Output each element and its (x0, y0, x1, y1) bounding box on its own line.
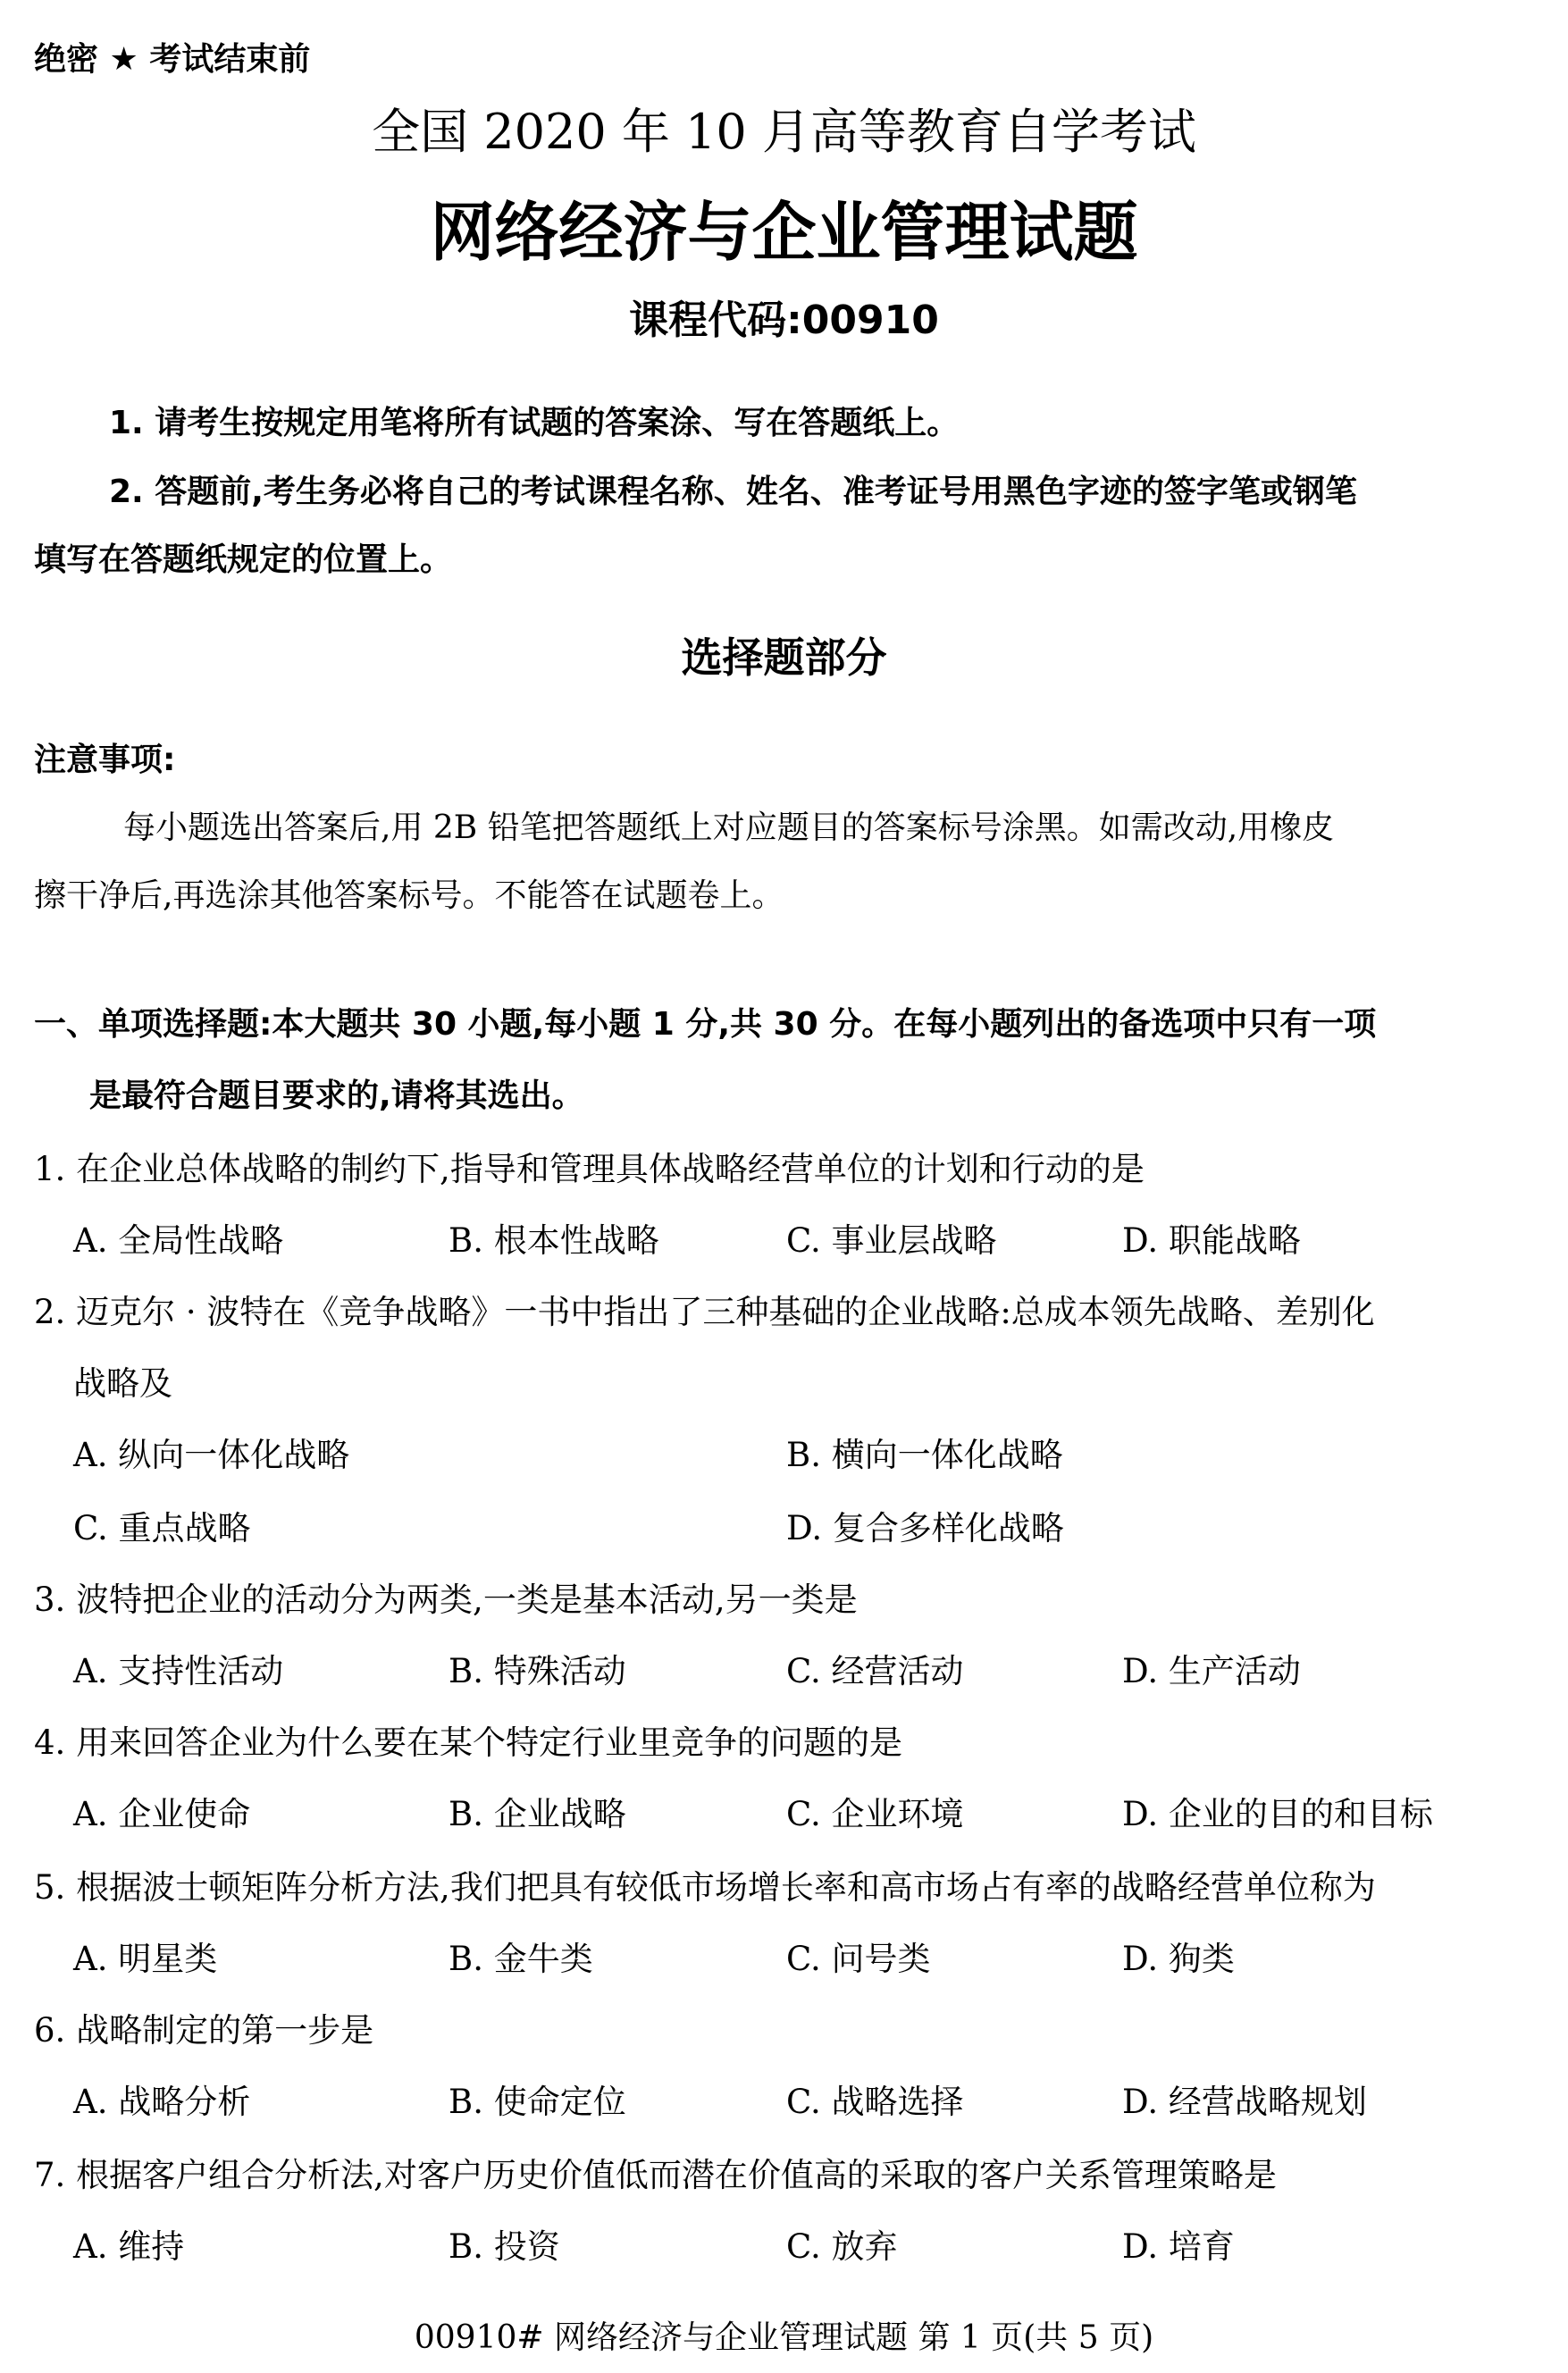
q6-option-a: A. 战略分析 (73, 2075, 250, 2123)
question-3-stem: 3. 波特把企业的活动分为两类,一类是基本活动,另一类是 (34, 1572, 858, 1621)
q5-option-b: B. 金牛类 (449, 1932, 593, 1980)
q3-option-c: C. 经营活动 (786, 1644, 964, 1692)
course-code: 课程代码:00910 (0, 288, 1568, 345)
q7-option-c: C. 放弃 (786, 2219, 898, 2268)
q6-option-d: D. 经营战略规划 (1122, 2075, 1367, 2123)
question-2-stem-cont: 战略及 (73, 1356, 172, 1405)
q2-option-b: B. 横向一体化战略 (786, 1428, 1063, 1476)
q7-option-b: B. 投资 (449, 2219, 560, 2268)
instruction-1: 1. 请考生按规定用笔将所有试题的答案涂、写在答题纸上。 (109, 398, 959, 443)
notice-line-2: 擦干净后,再选涂其他答案标号。不能答在试题卷上。 (34, 870, 784, 916)
q6-option-c: C. 战略选择 (786, 2075, 964, 2123)
q1-option-d: D. 职能战略 (1122, 1213, 1301, 1262)
question-5-stem: 5. 根据波士顿矩阵分析方法,我们把具有较低市场增长率和高市场占有率的战略经营单… (34, 1860, 1376, 1908)
q3-option-a: A. 支持性活动 (73, 1644, 283, 1692)
notice-line-1: 每小题选出答案后,用 2B 铅笔把答题纸上对应题目的答案标号涂黑。如需改动,用橡… (123, 802, 1334, 848)
question-4-stem: 4. 用来回答企业为什么要在某个特定行业里竞争的问题的是 (34, 1715, 902, 1764)
q4-option-b: B. 企业战略 (449, 1787, 626, 1835)
q3-option-d: D. 生产活动 (1122, 1644, 1301, 1692)
part-one-heading: 一、单项选择题:本大题共 30 小题,每小题 1 分,共 30 分。在每小题列出… (34, 999, 1376, 1044)
q2-option-a: A. 纵向一体化战略 (73, 1428, 349, 1476)
paper-title: 网络经济与企业管理试题 (0, 180, 1568, 273)
q7-option-d: D. 培育 (1122, 2219, 1235, 2268)
q3-option-b: B. 特殊活动 (449, 1644, 626, 1692)
q2-option-c: C. 重点战略 (73, 1501, 251, 1549)
q1-option-b: B. 根本性战略 (449, 1213, 659, 1262)
q7-option-a: A. 维持 (73, 2219, 184, 2268)
confidential-label: 绝密 ★ 考试结束前 (34, 34, 310, 80)
part-one-heading-cont: 是最符合题目要求的,请将其选出。 (89, 1070, 584, 1116)
q4-option-d: D. 企业的目的和目标 (1122, 1787, 1433, 1835)
notice-label: 注意事项: (34, 734, 175, 780)
question-2-stem: 2. 迈克尔 · 波特在《竞争战略》一书中指出了三种基础的企业战略:总成本领先战… (34, 1285, 1375, 1333)
q5-option-c: C. 问号类 (786, 1932, 931, 1980)
question-6-stem: 6. 战略制定的第一步是 (34, 2003, 373, 2051)
exam-title: 全国 2020 年 10 月高等教育自学考试 (0, 94, 1568, 163)
page-footer: 00910# 网络经济与企业管理试题 第 1 页(共 5 页) (0, 2312, 1568, 2358)
question-1-stem: 1. 在企业总体战略的制约下,指导和管理具体战略经营单位的计划和行动的是 (34, 1142, 1145, 1190)
q6-option-b: B. 使命定位 (449, 2075, 626, 2123)
q5-option-d: D. 狗类 (1122, 1932, 1235, 1980)
q4-option-c: C. 企业环境 (786, 1787, 964, 1835)
q4-option-a: A. 企业使命 (73, 1787, 250, 1835)
q2-option-d: D. 复合多样化战略 (786, 1501, 1064, 1549)
section-title: 选择题部分 (0, 625, 1568, 684)
q1-option-c: C. 事业层战略 (786, 1213, 997, 1262)
q1-option-a: A. 全局性战略 (73, 1213, 283, 1262)
question-7-stem: 7. 根据客户组合分析法,对客户历史价值低而潜在价值高的采取的客户关系管理策略是 (34, 2148, 1277, 2196)
instruction-2: 2. 答题前,考生务必将自己的考试课程名称、姓名、准考证号用黑色字迹的签字笔或钢… (109, 466, 1357, 512)
q5-option-a: A. 明星类 (73, 1932, 217, 1980)
instruction-2-cont: 填写在答题纸规定的位置上。 (34, 534, 452, 580)
